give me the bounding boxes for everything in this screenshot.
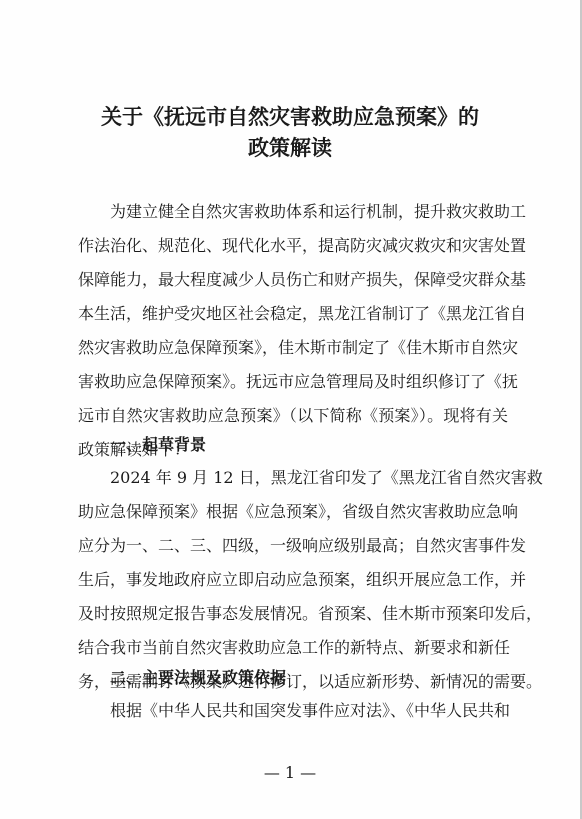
intro-paragraph-line: 为建立健全自然灾害救助体系和运行机制，提升救灾救助工 xyxy=(110,195,508,229)
section-heading-legal-basis: 二、主要法规及政策依据 xyxy=(110,661,286,695)
section2-paragraph-line: 根据《中华人民共和国突发事件应对法》、《中华人民共和 xyxy=(110,694,508,728)
intro-paragraph-line: 保障能力，最大程度减少人员伤亡和财产损失，保障受灾群众基 xyxy=(78,263,508,297)
section1-paragraph-line: 及时按照规定报告事态发展情况。省预案、佳木斯市预案印发后， xyxy=(78,597,508,631)
section1-paragraph-line: 生后，事发地政府应立即启动应急预案，组织开展应急工作，并 xyxy=(78,563,508,597)
document-title-line-2: 政策解读 xyxy=(0,131,580,165)
document-title-line-1: 关于《抚远市自然灾害救助应急预案》的 xyxy=(0,100,580,134)
intro-paragraph-line: 害救助应急保障预案》。抚远市应急管理局及时组织修订了《抚 xyxy=(78,365,508,399)
intro-paragraph-line: 作法治化、规范化、现代化水平，提高防灾减灾救灾和灾害处置 xyxy=(78,229,508,263)
section1-paragraph-line: 应分为一、二、三、四级，一级响应级别最高；自然灾害事件发 xyxy=(78,529,508,563)
section1-paragraph-line: 结合我市当前自然灾害救助应急工作的新特点、新要求和新任 xyxy=(78,631,508,665)
section-heading-background: 一、起草背景 xyxy=(110,428,206,462)
document-page: 关于《抚远市自然灾害救助应急预案》的 政策解读 为建立健全自然灾害救助体系和运行… xyxy=(0,0,582,819)
intro-paragraph-line: 本生活，维护受灾地区社会稳定，黑龙江省制订了《黑龙江省自 xyxy=(78,297,508,331)
section1-paragraph-line: 助应急保障预案》根据《应急预案》，省级自然灾害救助应急响 xyxy=(78,495,508,529)
intro-paragraph-line: 然灾害救助应急保障预案》，佳木斯市制定了《佳木斯市自然灾 xyxy=(78,331,508,365)
section1-paragraph-line: 2024 年 9 月 12 日，黑龙江省印发了《黑龙江省自然灾害救 xyxy=(110,461,508,495)
page-number: — 1 — xyxy=(0,760,580,786)
